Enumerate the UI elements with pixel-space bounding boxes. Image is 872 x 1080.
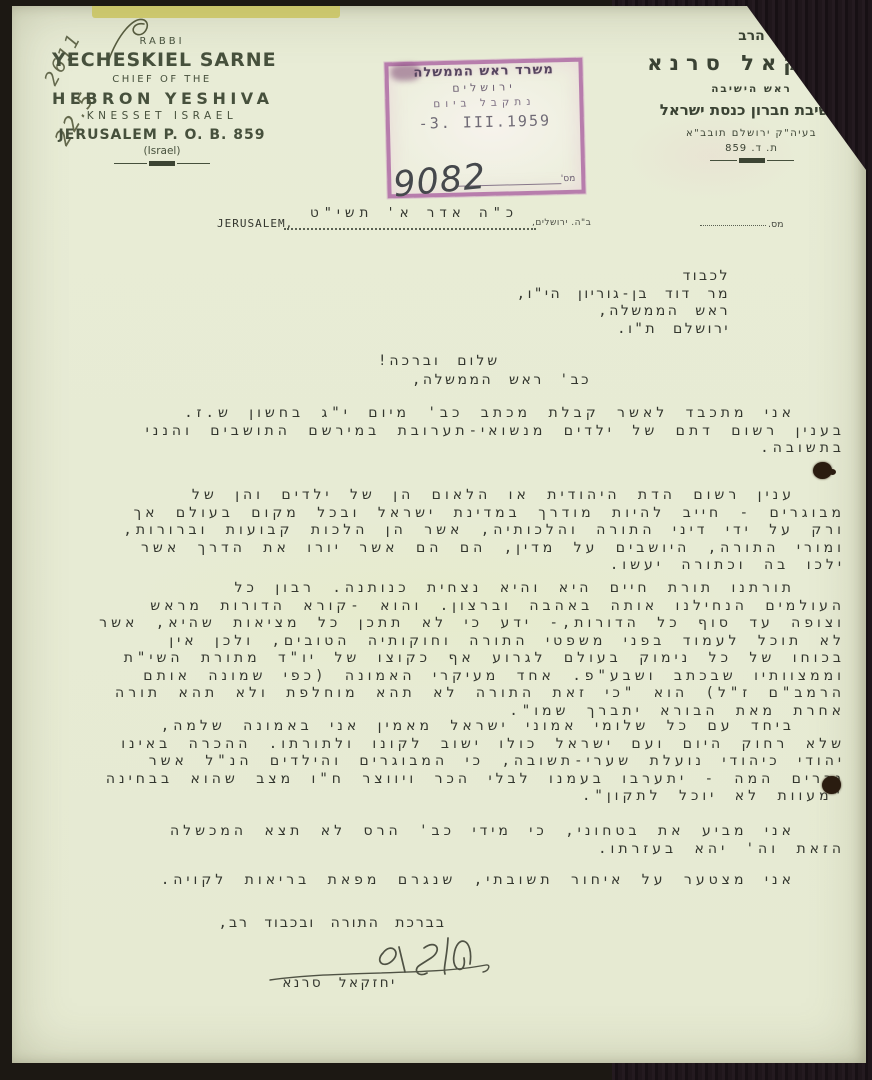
letter-paper: 2611 22.5 RABBI YECHESKIEL SARNE CHIEF O… <box>12 6 866 1063</box>
letterhead-he-pob: ת. ד. 859 <box>634 143 869 154</box>
body-paragraph-2: ענין רשום הדת היהודית או הלאום הן של ילד… <box>30 487 845 575</box>
stamp-date: -3. III.1959 <box>390 111 580 134</box>
recipient-address: לכבוד מר דוד בן-גוריון הי"ו, ראש הממשלה,… <box>517 268 730 338</box>
letterhead-en-chief: CHIEF OF THE <box>52 74 272 85</box>
stamp-number-label: מס' <box>561 174 576 184</box>
signature-typed-name: יחזקאל סרנא <box>252 975 427 993</box>
stamp-city-line: ירושלים <box>389 79 579 97</box>
body-paragraph-3: תורתנו תורת חיים היא והיא נצחית כנותנה. … <box>30 580 845 720</box>
dateline-city-en: JERUSALEM, <box>217 217 293 230</box>
letterhead-en-yeshiva: HEBRON YESHIVA <box>52 89 272 108</box>
body-paragraph-5: אני מביע את בטחוני, כי מידי כב' הרס לא ת… <box>30 823 845 858</box>
letterhead-en-address: JERUSALEM P. O. B. 859 <box>52 127 272 143</box>
salutation-honorific: כב' ראש הממשלה, <box>412 372 591 390</box>
punch-hole-bottom <box>822 776 841 794</box>
letterhead-he-city: בעיה"ק ירושלם תובב"א <box>634 128 869 139</box>
letterhead-en-name: YECHESKIEL SARNE <box>52 49 272 71</box>
dateline-number-line <box>700 225 766 226</box>
letterhead-en-divider <box>114 161 210 166</box>
letterhead-en-rabbi: RABBI <box>52 36 272 47</box>
scanned-letter-page: 2611 22.5 RABBI YECHESKIEL SARNE CHIEF O… <box>0 0 872 1080</box>
dateline-number-label: מס. <box>768 219 784 230</box>
punch-hole-top <box>813 462 832 479</box>
dateline-dotted-line <box>284 228 536 230</box>
letterhead-en-knesset: KNESSET ISRAEL <box>52 110 272 122</box>
salutation-greeting: שלום וברכה! <box>378 353 500 371</box>
body-paragraph-6: אני מצטער על איחור תשובתי, שנגרם מפאת בר… <box>30 872 845 890</box>
body-paragraph-4: ביחד עם כל שלומי אמוני ישראל מאמין אני ב… <box>30 718 845 806</box>
dateline-hebrew-date: כ"ה אדר א' תשי"ט <box>290 205 538 221</box>
letterhead-en-country: (Israel) <box>52 145 272 157</box>
letterhead-english: RABBI YECHESKIEL SARNE CHIEF OF THE HEBR… <box>52 36 272 166</box>
letterhead-he-divider <box>710 158 794 163</box>
stamp-received-line: נתקבל ביום <box>389 95 579 112</box>
handwritten-received-number: 9082 <box>392 157 488 206</box>
received-stamp: משרד ראש הממשלה ירושלים נתקבל ביום -3. I… <box>382 56 587 201</box>
body-paragraph-1: אני מתכבד לאשר קבלת מכתב כב' מיום י"ג בח… <box>30 405 845 458</box>
dateline-bh-jerusalem: ב"ה. ירושלים, <box>532 218 591 228</box>
